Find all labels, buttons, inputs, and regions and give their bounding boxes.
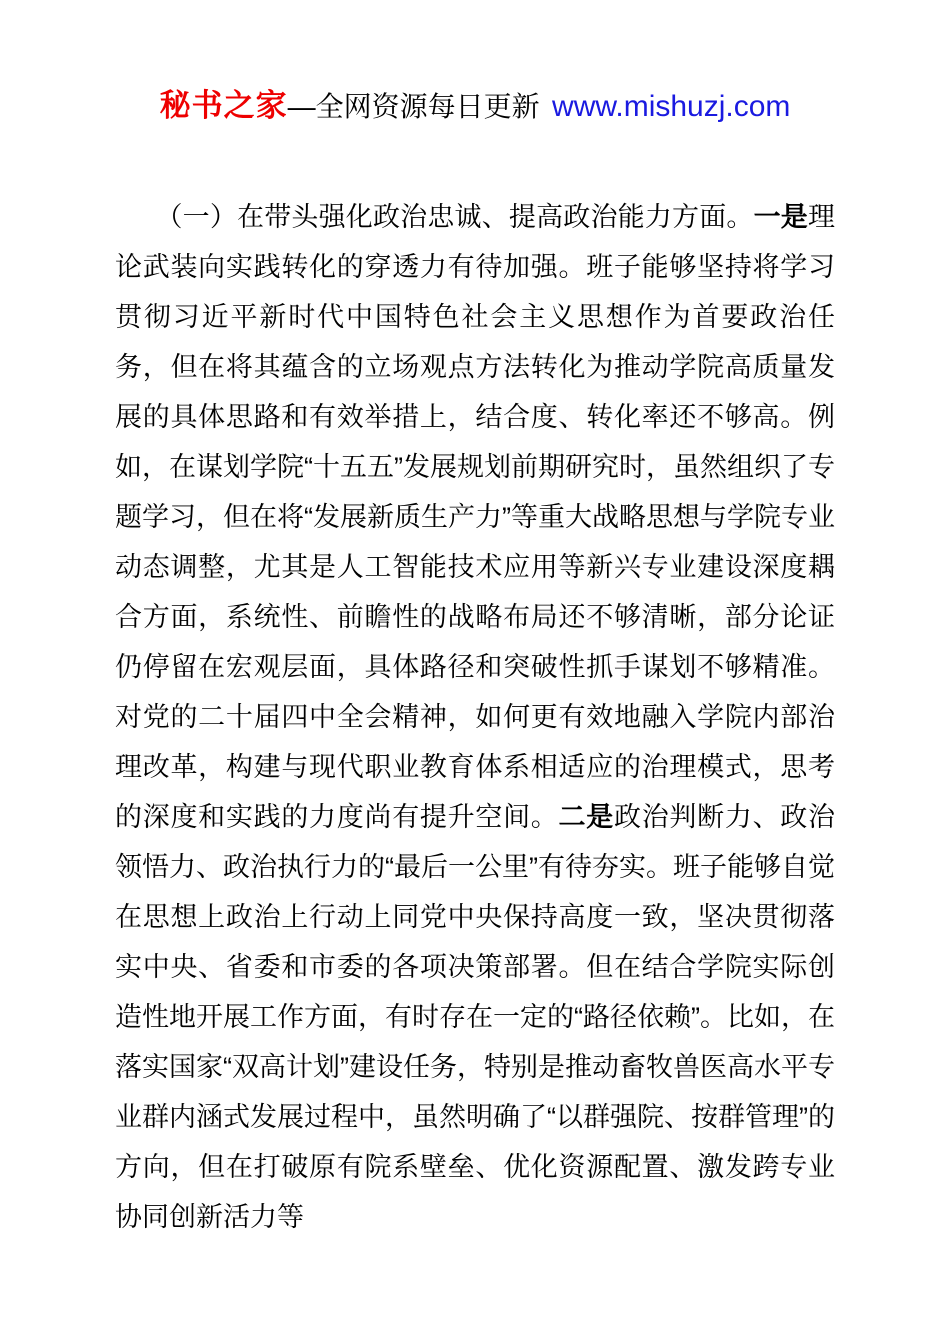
- para-segment-point-two-label: 二是: [559, 802, 614, 832]
- site-brand: 秘书之家: [160, 88, 288, 123]
- para-segment-point-one-label: 一是: [754, 202, 808, 232]
- paragraph: （一）在带头强化政治忠诚、提高政治能力方面。一是理论武装向实践转化的穿透力有待加…: [115, 192, 835, 1242]
- para-segment-point-one-body: 理论武装向实践转化的穿透力有待加强。班子能够坚持将学习贯彻习近平新时代中国特色社…: [115, 202, 835, 832]
- para-segment-point-two-body: 政治判断力、政治领悟力、政治执行力的“最后一公里”有待夯实。班子能够自觉在思想上…: [115, 802, 835, 1232]
- document-body: （一）在带头强化政治忠诚、提高政治能力方面。一是理论武装向实践转化的穿透力有待加…: [115, 192, 835, 1242]
- site-tagline: —全网资源每日更新: [288, 91, 540, 122]
- document-page: 秘书之家—全网资源每日更新 www.mishuzj.com （一）在带头强化政治…: [0, 0, 950, 1344]
- site-url-link[interactable]: www.mishuzj.com: [552, 90, 790, 123]
- para-segment-heading: （一）在带头强化政治忠诚、提高政治能力方面。: [156, 202, 754, 232]
- site-banner: 秘书之家—全网资源每日更新 www.mishuzj.com: [0, 0, 950, 132]
